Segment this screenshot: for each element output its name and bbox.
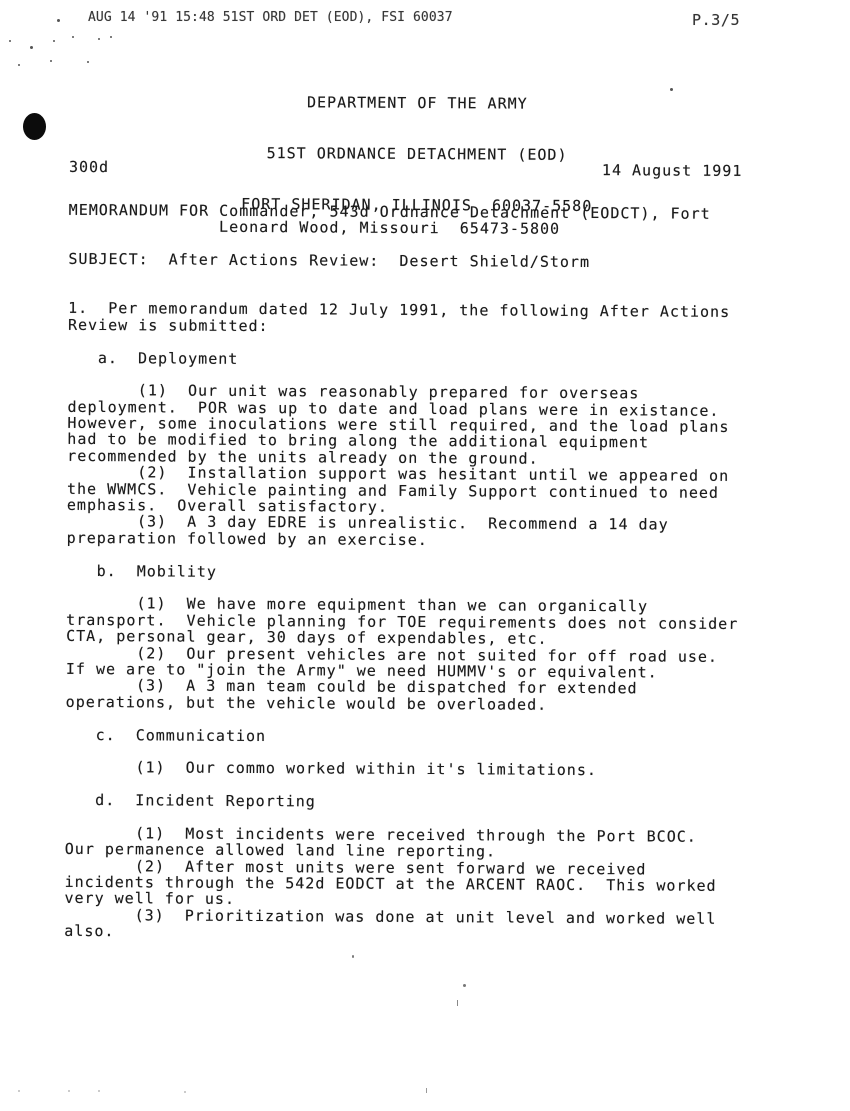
- memo-line: SUBJECT: After Actions Review: Desert Sh…: [68, 251, 740, 271]
- document-date: 14 August 1991: [602, 161, 743, 180]
- memo-document: DEPARTMENT OF THE ARMY 51ST ORDNANCE DET…: [0, 0, 850, 1111]
- letterhead-department: DEPARTMENT OF THE ARMY: [0, 92, 835, 114]
- memo-line: (3) Prioritization was done at unit leve…: [64, 907, 736, 927]
- memo-line: d. Incident Reporting: [65, 792, 737, 812]
- memo-line: c. Communication: [65, 726, 737, 746]
- scanned-memo-page: AUG 14 '91 15:48 51ST ORD DET (EOD), FSI…: [0, 0, 850, 1111]
- memo-line: a. Deployment: [68, 349, 740, 369]
- memo-line: b. Mobility: [66, 562, 738, 582]
- memo-body: MEMORANDUM FOR Commander, 543d Ordnance …: [64, 202, 741, 944]
- office-symbol: 300d: [69, 158, 109, 176]
